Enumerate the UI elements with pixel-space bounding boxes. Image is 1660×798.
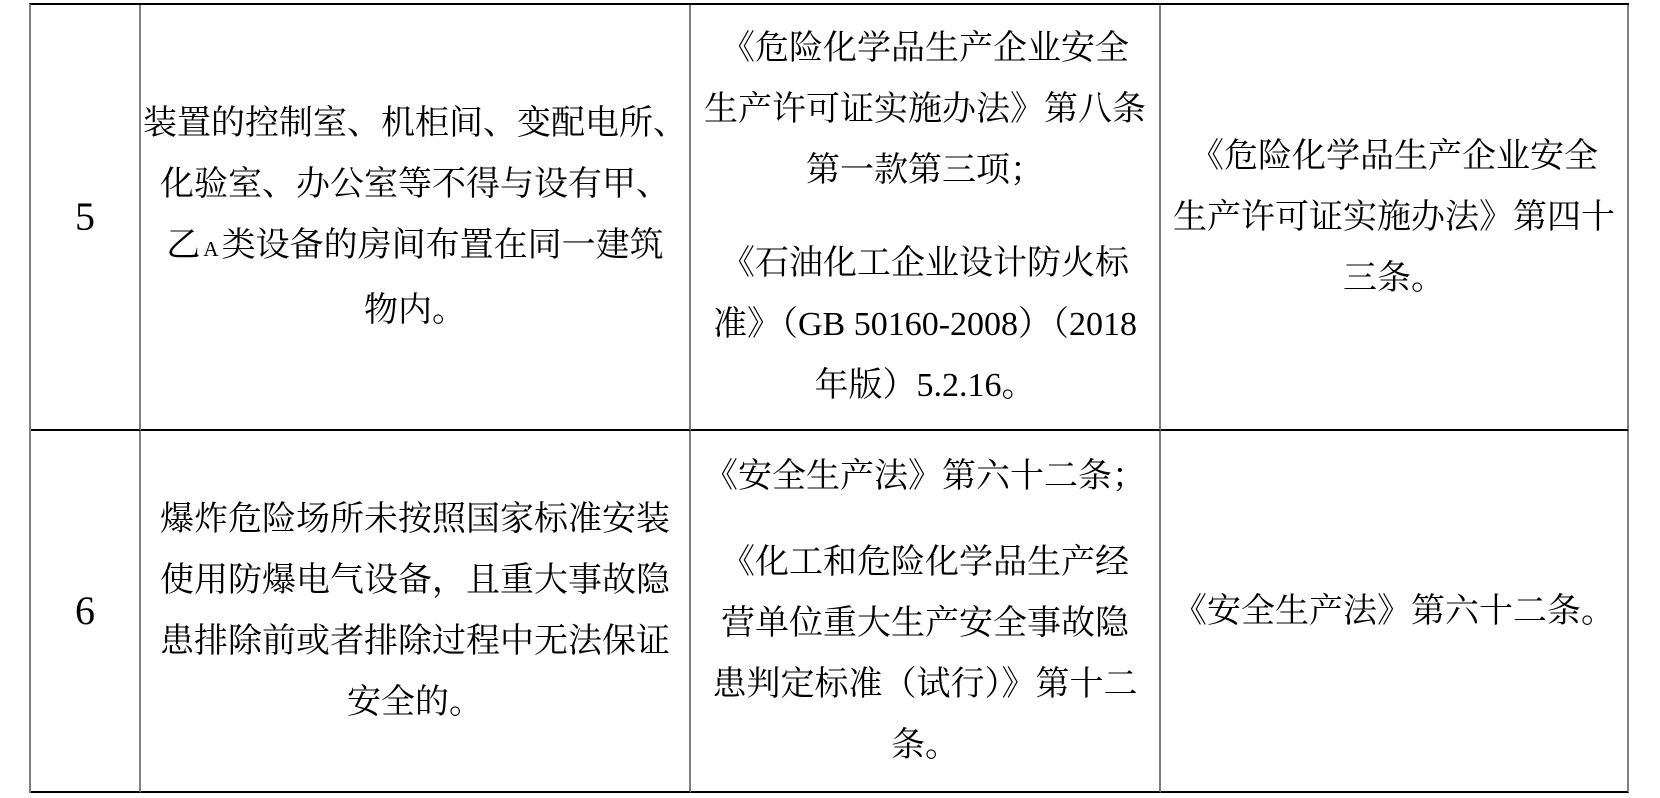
text-segment: 乙 — [166, 227, 200, 264]
text-line: 条。 — [891, 715, 959, 776]
row5-number-cell: 5 — [31, 5, 141, 431]
text-line: 患判定标准（试行）》第十二 — [713, 654, 1138, 715]
row6-description-cell: 爆炸危险场所未按照国家标准安装 使用防爆电气设备，且重大事故隐 患排除前或者排除… — [141, 431, 691, 793]
row5-reference-cell: 《危险化学品生产企业安全 生产许可证实施办法》第四十 三条。 — [1161, 5, 1629, 431]
text-line: 安全的。 — [347, 672, 483, 733]
text-line: 化验室、办公室等不得与设有甲、 — [160, 154, 670, 215]
document-page: 5 装置的控制室、机柜间、变配电所、 化验室、办公室等不得与设有甲、 乙A类设备… — [0, 0, 1660, 798]
row-number: 5 — [75, 193, 95, 241]
text-line: 乙A类设备的房间布置在同一建筑 — [166, 215, 663, 280]
text-line: 装置的控制室、机柜间、变配电所、 — [143, 93, 687, 154]
row6-legal-basis-cell: 《安全生产法》第六十二条； 《化工和危险化学品生产经 营单位重大生产安全事故隐 … — [691, 431, 1161, 793]
text-segment: 类设备的房间布置在同一建筑 — [222, 227, 664, 264]
citation-paragraph: 《石油化工企业设计防火标 准》（GB 50160-2008）（2018 年版）5… — [713, 233, 1137, 416]
text-line: 第一款第三项； — [806, 140, 1044, 201]
text-line: 使用防爆电气设备，且重大事故隐 — [160, 550, 670, 611]
text-line: 爆炸危险场所未按照国家标准安装 — [160, 489, 670, 550]
text-segment: 化验室、办公室等不得与设有甲、 — [160, 166, 670, 203]
row5-legal-basis-cell: 《危险化学品生产企业安全 生产许可证实施办法》第八条 第一款第三项； 《石油化工… — [691, 5, 1161, 431]
regulations-table: 5 装置的控制室、机柜间、变配电所、 化验室、办公室等不得与设有甲、 乙A类设备… — [29, 3, 1629, 793]
text-line: 《石油化工企业设计防火标 — [721, 233, 1129, 294]
text-line: 营单位重大生产安全事故隐 — [721, 593, 1129, 654]
text-line: 三条。 — [1343, 248, 1445, 309]
text-line: 生产许可证实施办法》第四十 — [1173, 187, 1615, 248]
text-line: 物内。 — [364, 280, 466, 341]
citation-paragraph: 《危险化学品生产企业安全 生产许可证实施办法》第八条 第一款第三项； — [704, 18, 1146, 201]
text-line: 患排除前或者排除过程中无法保证 — [160, 611, 670, 672]
text-line: 《安全生产法》第六十二条； — [704, 446, 1146, 507]
text-line: 生产许可证实施办法》第八条 — [704, 79, 1146, 140]
text-line: 准》（GB 50160-2008）（2018 — [713, 294, 1137, 355]
row6-number-cell: 6 — [31, 431, 141, 793]
citation-paragraph: 《危险化学品生产企业安全 生产许可证实施办法》第四十 三条。 — [1173, 126, 1615, 309]
text-line: 《危险化学品生产企业安全 — [1190, 126, 1598, 187]
subscript-a: A — [203, 237, 218, 261]
text-line: 《安全生产法》第六十二条。 — [1173, 581, 1615, 642]
row-number: 6 — [75, 587, 95, 635]
citation-paragraph: 《化工和危险化学品生产经 营单位重大生产安全事故隐 患判定标准（试行）》第十二 … — [713, 532, 1138, 776]
row5-description-cell: 装置的控制室、机柜间、变配电所、 化验室、办公室等不得与设有甲、 乙A类设备的房… — [141, 5, 691, 431]
text-line: 《化工和危险化学品生产经 — [721, 532, 1129, 593]
row6-reference-cell: 《安全生产法》第六十二条。 — [1161, 431, 1629, 793]
text-line: 《危险化学品生产企业安全 — [721, 18, 1129, 79]
text-line: 年版）5.2.16。 — [815, 355, 1036, 416]
citation-paragraph: 《安全生产法》第六十二条； — [704, 446, 1146, 507]
